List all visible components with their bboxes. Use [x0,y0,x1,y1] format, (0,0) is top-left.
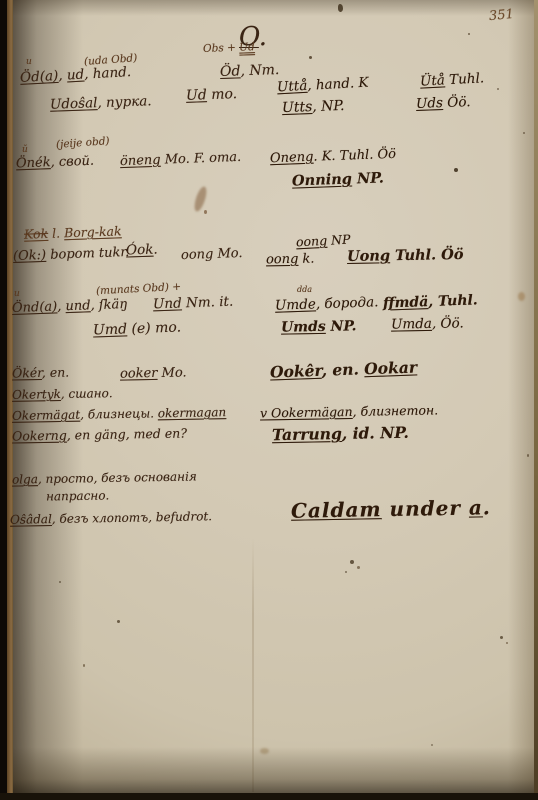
headword: oong [296,233,328,250]
headword: Caldam [291,497,382,523]
entry-text: , свой. [50,154,94,171]
headword: Umde [275,296,316,313]
ink-stain [83,664,85,667]
entry-text: , en gäng, med en? [67,425,187,442]
entry5-line1: Ökér, en. [12,365,69,381]
entry5-line2: Okertyk, сшано. [12,386,113,402]
ink-stain [454,168,458,172]
entry-text: , пурка. [97,93,152,111]
headword: Ookar [364,357,417,378]
headword: Önd(a) [12,299,58,316]
entry1-right2a: Utts, NP. [282,98,345,116]
ink-stain [527,454,529,457]
entry-text: Nm. it. [181,294,233,312]
headword: a [469,495,483,519]
entry-text: , безъ хлопотъ, befudrot. [52,509,212,526]
headword: Ookêr [270,361,322,382]
ink-stain [350,560,354,564]
entry-text: Tuhl. [444,70,484,88]
entry-text: , близнетон. [352,402,438,418]
ink-stain [338,4,343,12]
entry1-ud-line: Ud mo. [186,86,238,104]
entry2-right2: Onning NP. [292,169,384,189]
page-shadow-top [13,0,534,16]
entry4-umd: Umd (e) mo. [93,319,182,338]
entry-text: . [483,495,491,519]
headword: Utts [282,99,313,116]
headword: okermagan [158,405,227,420]
headword: v Ookermägan [260,404,353,421]
entry1-right1b: Ütå Tuhl. [420,70,485,89]
entry2-superscript: ŭ [22,145,28,155]
entry-text: , ſkäŋ [90,297,128,313]
entry-text: (e) mo. [127,319,182,337]
ink-stain [468,33,470,35]
entry-text: , en. [42,365,70,380]
entry-text: under [381,496,469,522]
ink-stain [518,292,525,301]
entry-text: mo. [206,86,237,103]
ink-stain [204,210,207,214]
annotation-text: Obs + [203,42,240,55]
entry-text: Mo. F. oma. [160,150,241,168]
letter-heading-dot: . [259,22,267,52]
headword: Ökér [12,365,42,381]
entry4-superscript: u [14,289,20,299]
headword: Tarrung [272,424,342,444]
headword: Uong [347,247,390,265]
headword: Borg-kak [64,223,122,240]
page-number: 351 [488,7,514,24]
headword: olga [12,472,38,486]
ink-stain [523,132,525,134]
entry1-mid: Öd, Nm. [220,62,280,80]
superscript-text: u [14,289,20,299]
entry-text: NP. [326,318,357,335]
headword: ud [66,67,84,84]
superscript-text: dda [297,285,312,294]
headword: Ookerng [12,428,67,444]
entry-text: , близнецы. [80,406,158,421]
page-shadow-bottom [13,747,534,793]
headword: Okermägat [12,408,80,423]
ink-stain [59,581,61,583]
entry5-right4: Tarrung, id. NP. [272,423,409,444]
entry6-line2: напрасно. [46,488,110,503]
ink-stain [309,56,312,59]
entry-text: Tuhl. Öö [390,246,464,264]
entry-text: , сшано. [61,386,113,401]
entry-text: , Tuhl. [428,292,478,310]
entry4-right2b: Umda, Öö. [391,315,464,332]
headword: Udoŝal [50,95,98,113]
superscript-text: u [26,57,32,67]
headword-struck: Kok [24,226,49,242]
headword: Ütå [420,72,446,89]
entry5-line1-mid: ooker Mo. [120,365,187,381]
entry-text: , id. NP. [342,423,409,443]
entry5-line4: Ookerng, en gäng, med en? [12,425,187,443]
entry-text: NP. [352,169,384,187]
headword: Umd [93,321,128,338]
entry-text: , en. [321,359,364,379]
entry3-oong: oong Mo. [181,246,243,263]
entry3-ook: Óok. [126,241,158,258]
page-number-text: 351 [488,7,514,24]
entry-text: l. [48,225,64,241]
ink-stain [431,744,433,746]
ink-stain [357,566,360,569]
ink-stain [497,88,499,90]
headword: und [65,298,91,314]
entry3-right-annotation: oong NP [296,232,351,250]
entry1-annotation2: Obs + Ud [203,41,255,55]
page-right-edge [534,0,538,800]
entry-text: k. [298,252,314,267]
entry-text: напрасно. [46,488,110,503]
headword: Oneng [270,150,314,167]
entry-text: NP [327,232,351,248]
headword: Uds [416,95,443,112]
ink-stain [506,642,508,644]
superscript-text: ŭ [22,145,28,155]
entry-text: , NP. [312,98,345,115]
entry-text: , Öö. [432,315,464,332]
headword: öneng [120,153,161,169]
entry-text: Öö. [443,94,471,111]
book-spine [0,0,7,800]
entry-text: , борода. [316,294,379,312]
headword: Und [153,295,182,312]
entry-text: Mo. [157,365,186,381]
entry-text: , просто, безъ основанія [38,469,197,486]
entry-text: , hand. [84,64,132,82]
headword: Oŝâdal [10,512,52,527]
manuscript-photo: 351 O. u (uda Obd) Obs + Ud Öd(a), ud, h… [0,0,538,800]
entry-text: , hand. K [307,75,369,94]
headword: Onning [292,171,352,190]
photo-bottom-edge [0,793,538,800]
headword: ffmdä [383,294,429,312]
entry4-right1b: ffmdä, Tuhl. [383,292,478,311]
entry1-right2b: Uds Öö. [416,94,471,112]
entry-text: oong Mo. [181,246,243,263]
headword: Öd [220,63,241,80]
ink-stain [117,620,120,623]
headword: Ud [186,87,207,104]
annotation-headword: Ud [239,41,255,54]
entry3-right2: Uong Tuhl. Öö [347,246,464,265]
ink-stain [500,636,503,639]
headword: ooker [120,366,158,382]
headword: (Ok:) [13,248,47,264]
entry3-right1: oong k. [266,252,315,268]
entry-text: . [153,241,158,257]
entry6-right: Caldam under a. [291,495,491,522]
entry4-right-superscript: dda [297,285,312,294]
headword: oong [266,252,299,268]
page-shadow-right [508,0,534,793]
entry-text: bopom tukr. [46,245,130,263]
ink-stain [345,571,347,573]
entry-text: , Nm. [240,62,279,79]
entry4-right2a: Umds NP. [281,318,357,335]
headword: Uttå [277,78,308,96]
entry-text: . K. Tuhl. Öö [313,147,396,165]
headword: Okertyk [12,387,61,402]
headword: Umds [281,319,326,336]
headword: Óok [126,242,154,259]
entry4-und: Und Nm. it. [153,294,234,313]
headword: Öd(a) [20,68,59,86]
entry1-superscript: u [26,57,32,67]
entry5-right3: v Ookermägan, близнетон. [260,402,438,420]
headword: Önék [16,155,51,171]
entry2-headline: Önék, свой. [16,154,95,172]
headword: Umda [391,316,432,333]
